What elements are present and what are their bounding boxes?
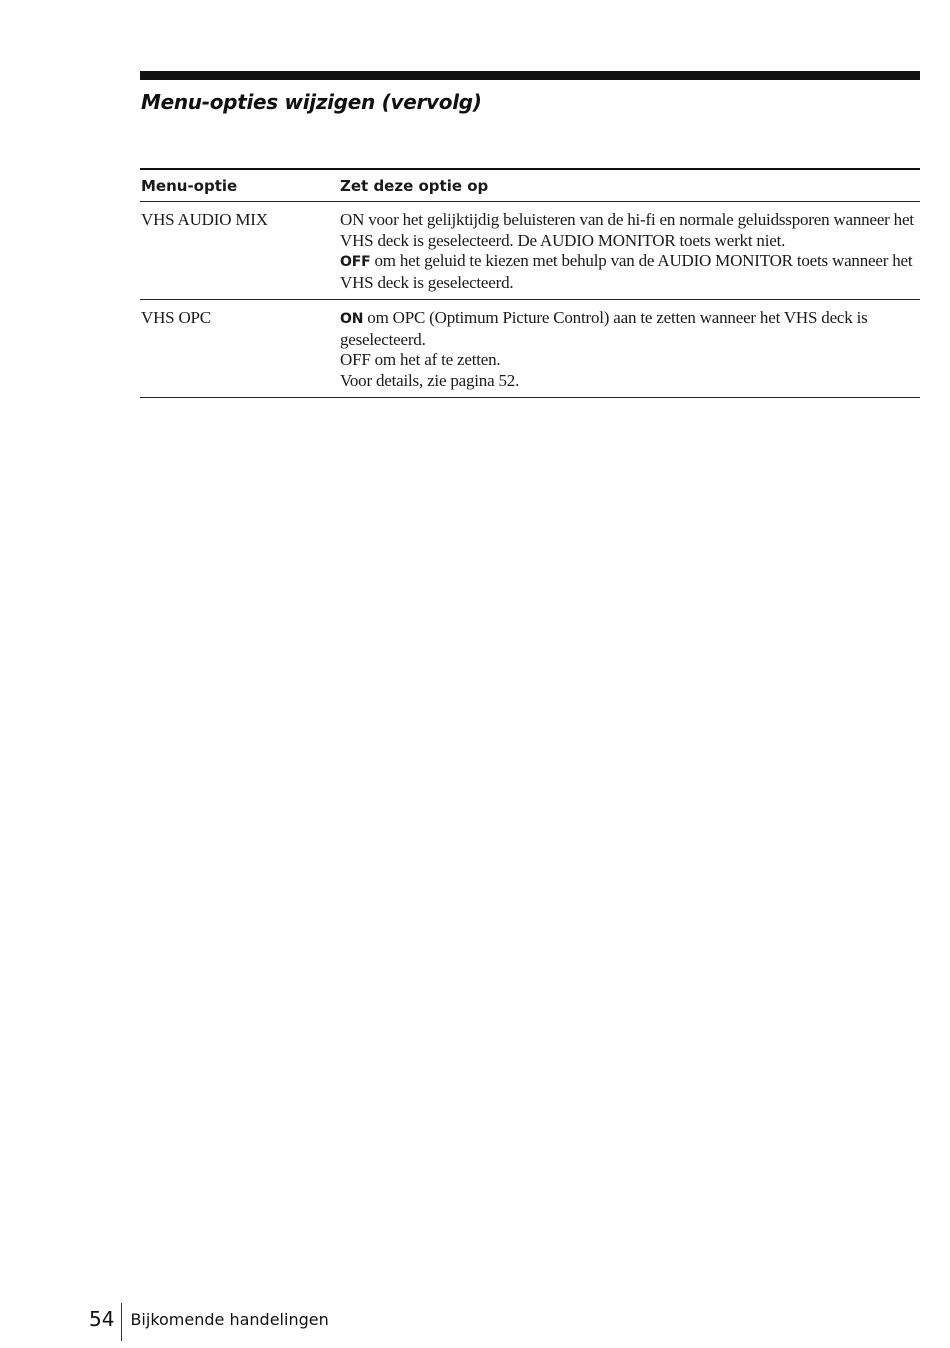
option-name: VHS AUDIO MIX (140, 210, 340, 293)
section-title: Menu-opties wijzigen (vervolg) (141, 90, 482, 114)
option-description: ON om OPC (Optimum Picture Control) aan … (340, 308, 920, 391)
description-line: ON om OPC (Optimum Picture Control) aan … (340, 308, 920, 350)
page-footer: 54 Bijkomende handelingen (89, 1297, 329, 1341)
description-line: OFF om het geluid te kiezen met behulp v… (340, 251, 920, 293)
description-line: OFF om het af te zetten. (340, 350, 920, 371)
keyword: OFF (340, 254, 370, 270)
menu-options-table: Menu-optie Zet deze optie op VHS AUDIO M… (140, 168, 920, 398)
column-header-setting: Zet deze optie op (340, 177, 920, 195)
table-row: VHS OPC ON om OPC (Optimum Picture Contr… (140, 300, 920, 397)
footer-divider (121, 1303, 122, 1341)
column-header-option: Menu-optie (140, 177, 340, 195)
option-description: ON voor het gelijktijdig beluisteren van… (340, 210, 920, 293)
table-row: VHS AUDIO MIX ON voor het gelijktijdig b… (140, 202, 920, 299)
footer-section-name: Bijkomende handelingen (130, 1310, 328, 1329)
page-number: 54 (89, 1307, 114, 1331)
description-line: ON voor het gelijktijdig beluisteren van… (340, 210, 920, 251)
table-header: Menu-optie Zet deze optie op (140, 170, 920, 201)
section-top-bar (140, 71, 920, 80)
option-name: VHS OPC (140, 308, 340, 391)
keyword: ON (340, 311, 363, 327)
table-bottom-rule (140, 397, 920, 398)
description-line: Voor details, zie pagina 52. (340, 371, 920, 392)
